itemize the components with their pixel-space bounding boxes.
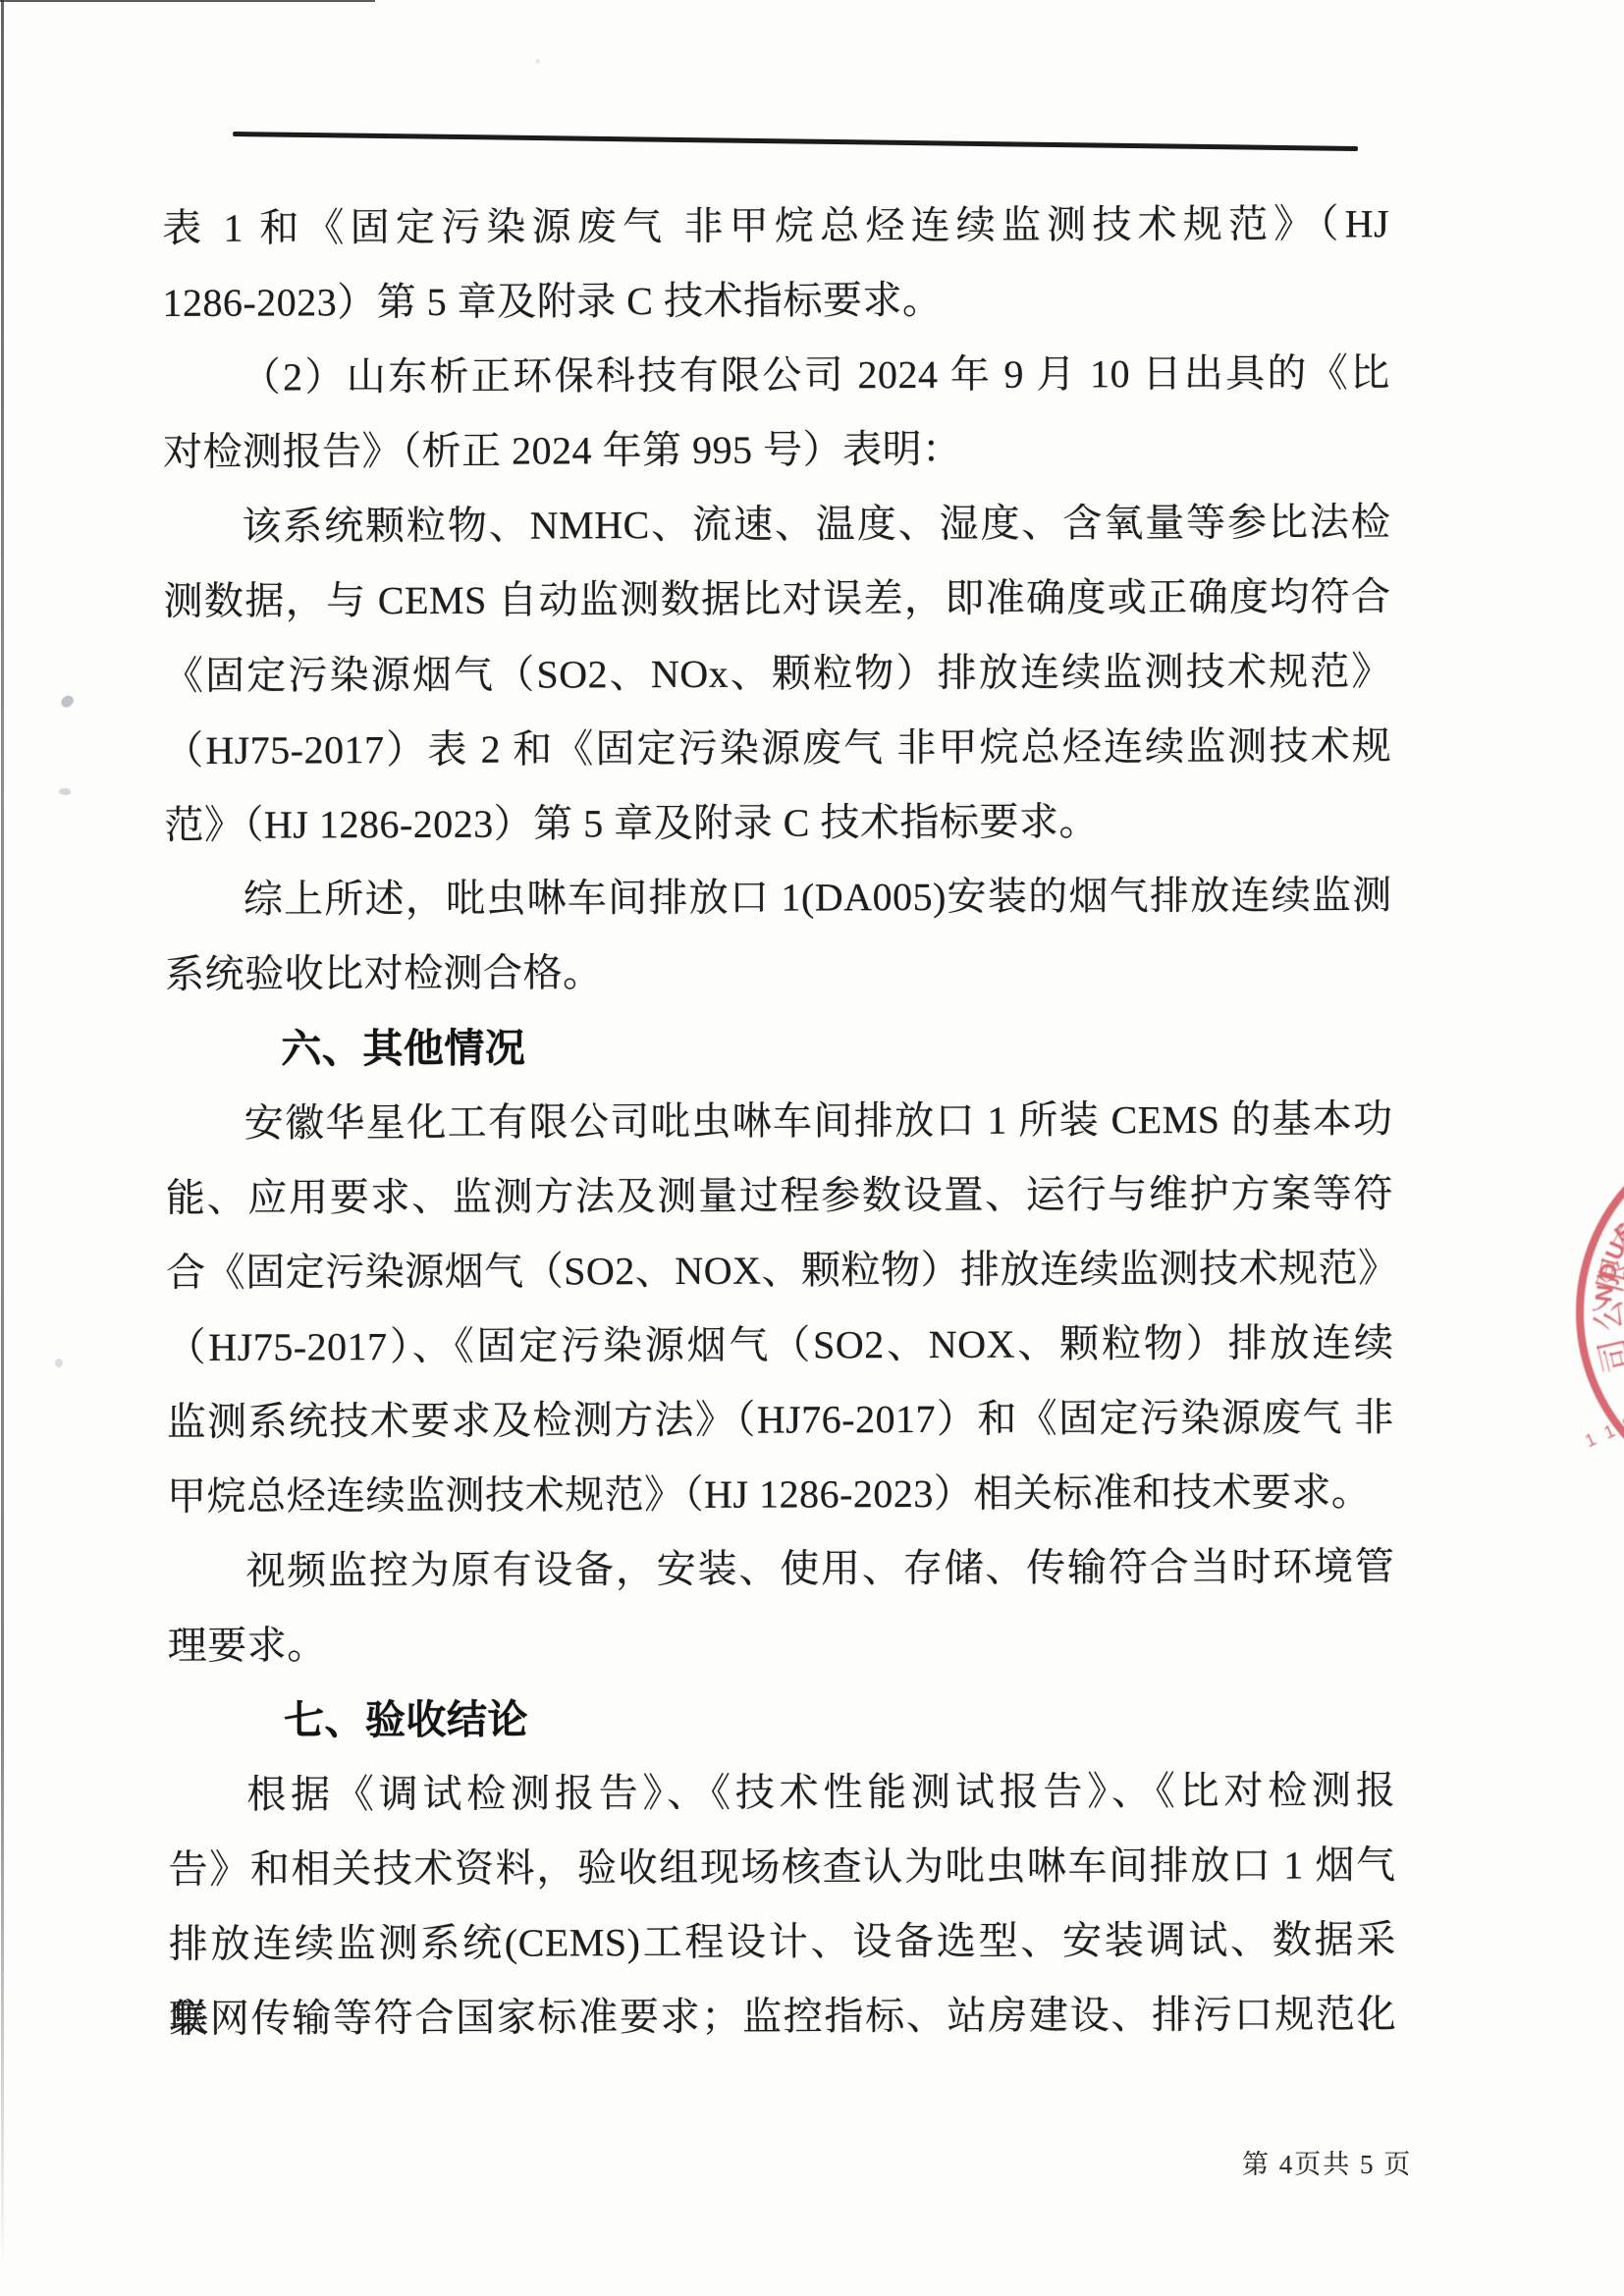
text-line: 甲烷总烃连续监测技术规范》（HJ 1286-2023）相关标准和技术要求。 — [167, 1455, 1394, 1534]
text-line: 安徽华星化工有限公司吡虫啉车间排放口 1 所装 CEMS 的基本功 — [166, 1082, 1393, 1161]
scan-speck — [59, 693, 75, 710]
document-body: 表 1 和《固定污染源废气 非甲烷总烃连续监测技术规范》（HJ1286-2023… — [162, 187, 1396, 2056]
header-rule — [233, 132, 1358, 151]
section-heading: 六、其他情况 — [165, 1007, 1392, 1087]
text-line: 测数据，与 CEMS 自动监测数据比对误差，即准确度或正确度均符合 — [163, 560, 1390, 639]
text-line: 监测系统技术要求及检测方法》（HJ76-2017）和《固定污染源废气 非 — [167, 1380, 1394, 1460]
text-line: （HJ75-2017）表 2 和《固定污染源废气 非甲烷总烃连续监测技术规 — [164, 709, 1391, 788]
scan-edge-top-artifact — [0, 0, 375, 2]
scan-speck — [535, 59, 540, 64]
text-line: 《固定污染源烟气（SO2、NOx、颗粒物）排放连续监测技术规范》 — [164, 634, 1391, 714]
text-line: （2）山东析正环保科技有限公司 2024 年 9 月 10 日出具的《比 — [163, 336, 1390, 415]
text-line: 合《固定污染源烟气（SO2、NOX、颗粒物）排放连续监测技术规范》 — [166, 1231, 1393, 1310]
text-line: 理要求。 — [168, 1604, 1395, 1683]
section-heading: 七、验收结论 — [168, 1679, 1395, 1758]
text-line: 联网传输等符合国家标准要求；监控指标、站房建设、排污口规范化 — [169, 1977, 1396, 2056]
text-line: 1286-2023）第 5 章及附录 C 技术指标要求。 — [162, 261, 1389, 341]
red-seal-svg: NDUS 有 限 公 司 1 1 9 — [1570, 1116, 1624, 1509]
text-line: 告》和相关技术资料，验收组现场核查认为吡虫啉车间排放口 1 烟气 — [168, 1828, 1395, 1907]
scan-edge-left-artifact — [1, 0, 4, 2269]
text-line: 该系统颗粒物、NMHC、流速、温度、湿度、含氧量等参比法检 — [163, 485, 1390, 564]
text-line: 系统验收比对检测合格。 — [165, 933, 1392, 1012]
document-page: 表 1 和《固定污染源废气 非甲烷总烃连续监测技术规范》（HJ1286-2023… — [0, 0, 1624, 2296]
text-line: 根据《调试检测报告》、《技术性能测试报告》、《比对检测报 — [168, 1753, 1395, 1833]
text-line: 排放连续监测系统(CEMS)工程设计、设备选型、安装调试、数据采集、 — [169, 1902, 1396, 1982]
seal-number: 1 1 9 — [1582, 1412, 1624, 1452]
scan-speck — [55, 1359, 63, 1367]
scan-speck — [59, 788, 71, 795]
text-line: 范》（HJ 1286-2023）第 5 章及附录 C 技术指标要求。 — [164, 783, 1391, 863]
red-seal-stamp: NDUS 有 限 公 司 1 1 9 — [1570, 1116, 1624, 1509]
text-line: 视频监控为原有设备，安装、使用、存储、传输符合当时环境管 — [167, 1529, 1394, 1609]
seal-char: 公 — [1592, 1298, 1624, 1331]
text-line: 表 1 和《固定污染源废气 非甲烷总烃连续监测技术规范》（HJ — [162, 187, 1389, 266]
text-line: 能、应用要求、监测方法及测量过程参数设置、运行与维护方案等符 — [166, 1156, 1393, 1236]
seal-char: 司 — [1595, 1335, 1624, 1375]
text-line: （HJ75-2017）、《固定污染源烟气（SO2、NOX、颗粒物）排放连续 — [166, 1306, 1393, 1385]
text-line: 综上所述，吡虫啉车间排放口 1(DA005)安装的烟气排放连续监测 — [165, 858, 1392, 937]
text-line: 对检测报告》（析正 2024 年第 995 号）表明： — [163, 410, 1390, 490]
page-number: 第 4页共 5 页 — [1242, 2143, 1412, 2181]
